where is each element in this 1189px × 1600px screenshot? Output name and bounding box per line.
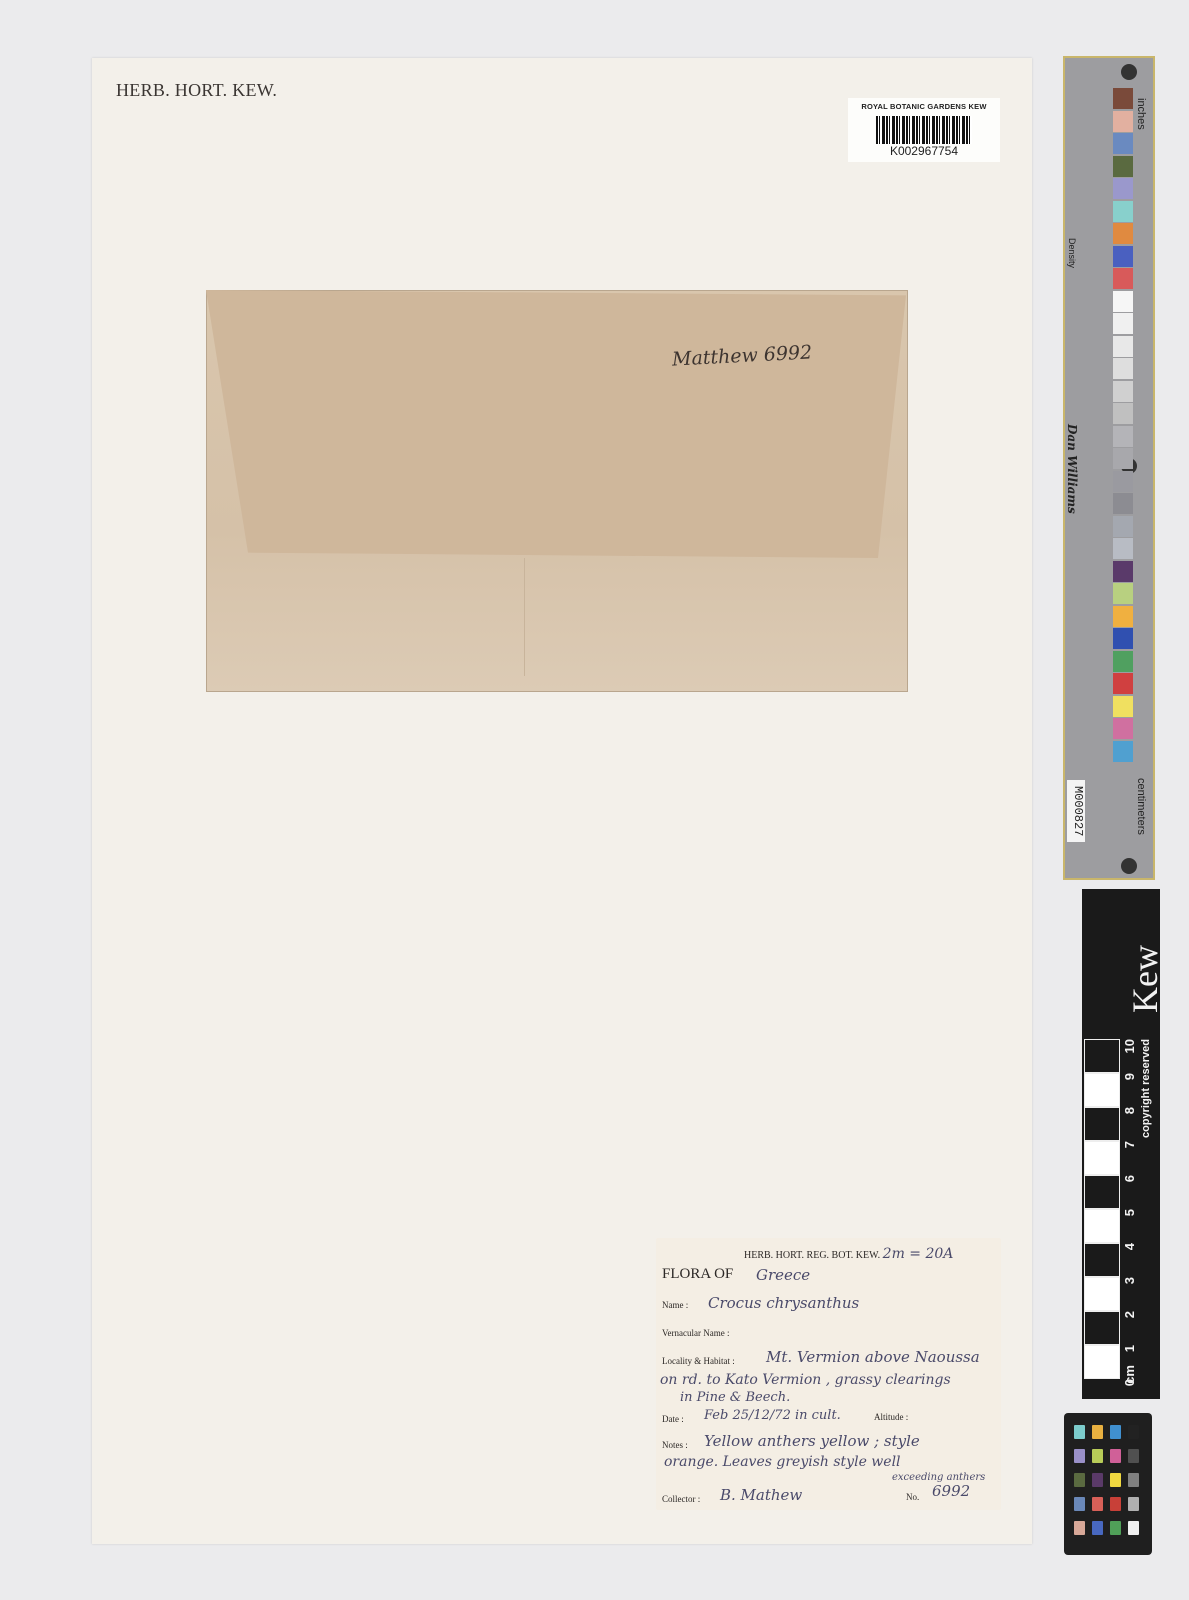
color-swatch [1113,628,1133,649]
scale-code: M000827 [1067,780,1085,842]
color-patch [1110,1449,1121,1463]
cm-tick [1084,1141,1120,1175]
color-patch [1128,1425,1139,1439]
cm-tick [1084,1175,1120,1209]
specimen-envelope[interactable]: Matthew 6992 [206,290,906,690]
cm-tick [1084,1277,1120,1311]
color-swatch [1113,606,1133,627]
color-swatch [1113,223,1133,244]
color-patch [1128,1497,1139,1511]
cm-number: 0 [1122,1379,1137,1386]
locality-line-3: in Pine & Beech. [680,1390,790,1405]
number-label: No. [906,1492,919,1502]
herbarium-sheet: HERB. HORT. KEW. ROYAL BOTANIC GARDENS K… [92,58,1032,1544]
color-swatch [1113,268,1133,289]
barcode-number: K002967754 [848,144,1000,158]
color-swatch [1113,426,1133,447]
cm-number: 1 [1122,1345,1137,1352]
color-patch [1074,1497,1085,1511]
color-swatch [1113,88,1133,109]
vernacular-label: Vernacular Name : [662,1328,729,1338]
unit-centimeters: centimeters [1135,778,1147,835]
barcode-label: ROYAL BOTANIC GARDENS KEW K002967754 [848,98,1000,162]
cm-tick [1084,1209,1120,1243]
unit-inches: inches [1135,98,1147,130]
color-swatch [1113,673,1133,694]
cm-number: 7 [1122,1141,1137,1148]
color-patch [1128,1473,1139,1487]
cm-number: 10 [1122,1039,1137,1053]
color-swatch [1113,111,1133,132]
envelope-seam [524,558,525,676]
scale-hole-icon [1121,64,1137,80]
color-swatch [1113,381,1133,402]
cm-tick [1084,1311,1120,1345]
color-swatch [1113,246,1133,267]
color-swatch [1113,696,1133,717]
name-label: Name : [662,1300,688,1310]
color-swatch [1113,313,1133,334]
label-header-annotation: 2m = 20A [883,1246,954,1262]
color-swatch [1113,493,1133,514]
color-swatch [1113,156,1133,177]
cm-number: 3 [1122,1277,1137,1284]
barcode-icon [876,116,972,144]
cm-number: 8 [1122,1107,1137,1114]
color-patch [1092,1497,1103,1511]
envelope-flap [206,290,906,558]
color-patch [1128,1449,1139,1463]
flora-of-value: Greece [756,1266,810,1284]
flora-of-label: FLORA OF [662,1266,733,1283]
color-swatch [1113,133,1133,154]
label-header: HERB. HORT. REG. BOT. KEW. 2m = 20A [744,1246,953,1262]
cm-tick [1084,1107,1120,1141]
cm-number: 9 [1122,1073,1137,1080]
color-swatch [1113,403,1133,424]
cm-tick [1084,1243,1120,1277]
locality-line-1: Mt. Vermion above Naoussa [766,1348,980,1366]
color-swatch [1113,201,1133,222]
locality-line-2: on rd. to Kato Vermion , grassy clearing… [660,1372,951,1388]
scale-brand: Dan Williams [1065,424,1079,514]
color-swatch [1113,336,1133,357]
notes-line-1: Yellow anthers yellow ; style [704,1432,920,1450]
kew-cm-scale: Kew copyright reserved cm 109876543210 [1082,889,1160,1399]
color-patch [1092,1521,1103,1535]
cm-tick [1084,1345,1120,1379]
color-swatch [1113,718,1133,739]
color-swatch [1113,448,1133,469]
color-patch [1110,1473,1121,1487]
color-patch [1092,1473,1103,1487]
kew-logo: Kew [1124,945,1166,1013]
color-swatch [1113,471,1133,492]
color-patch [1074,1425,1085,1439]
cm-number: 4 [1122,1243,1137,1250]
altitude-label: Altitude : [874,1412,908,1422]
color-patch [1074,1449,1085,1463]
color-patch [1074,1521,1085,1535]
collection-label: HERB. HORT. REG. BOT. KEW. 2m = 20A FLOR… [656,1238,1001,1510]
color-swatch [1113,583,1133,604]
color-swatch [1113,291,1133,312]
collector-label: Collector : [662,1494,700,1504]
color-patch [1092,1425,1103,1439]
color-checker-card [1064,1413,1152,1555]
collector-value: B. Mathew [720,1486,802,1504]
color-patch [1110,1497,1121,1511]
color-swatch [1113,178,1133,199]
label-header-text: HERB. HORT. REG. BOT. KEW. [744,1250,880,1261]
barcode-title: ROYAL BOTANIC GARDENS KEW [848,102,1000,111]
color-swatch [1113,516,1133,537]
color-patch [1128,1521,1139,1535]
cm-tick [1084,1039,1120,1073]
density-label: Density [1067,238,1077,268]
cm-number: 6 [1122,1175,1137,1182]
cm-tick [1084,1073,1120,1107]
cm-number: 5 [1122,1209,1137,1216]
notes-line-2: orange. Leaves greyish style well [664,1454,901,1470]
color-swatch [1113,538,1133,559]
color-swatch [1113,651,1133,672]
number-value: 6992 [932,1482,970,1500]
color-swatch [1113,741,1133,762]
locality-label: Locality & Habitat : [662,1356,735,1366]
color-patch [1092,1449,1103,1463]
date-value: Feb 25/12/72 in cult. [704,1408,841,1423]
copyright-text: copyright reserved [1140,1039,1152,1138]
color-patch [1110,1425,1121,1439]
color-patch [1074,1473,1085,1487]
color-patch [1110,1521,1121,1535]
notes-label: Notes : [662,1440,688,1450]
color-swatch [1113,358,1133,379]
scale-hole-icon [1121,858,1137,874]
date-label: Date : [662,1414,684,1424]
cm-number: 2 [1122,1311,1137,1318]
name-value: Crocus chrysanthus [708,1294,859,1312]
color-swatch [1113,561,1133,582]
color-density-scale: inches centimeters Density Dan Williams … [1063,56,1155,880]
sheet-header: HERB. HORT. KEW. [116,80,277,101]
